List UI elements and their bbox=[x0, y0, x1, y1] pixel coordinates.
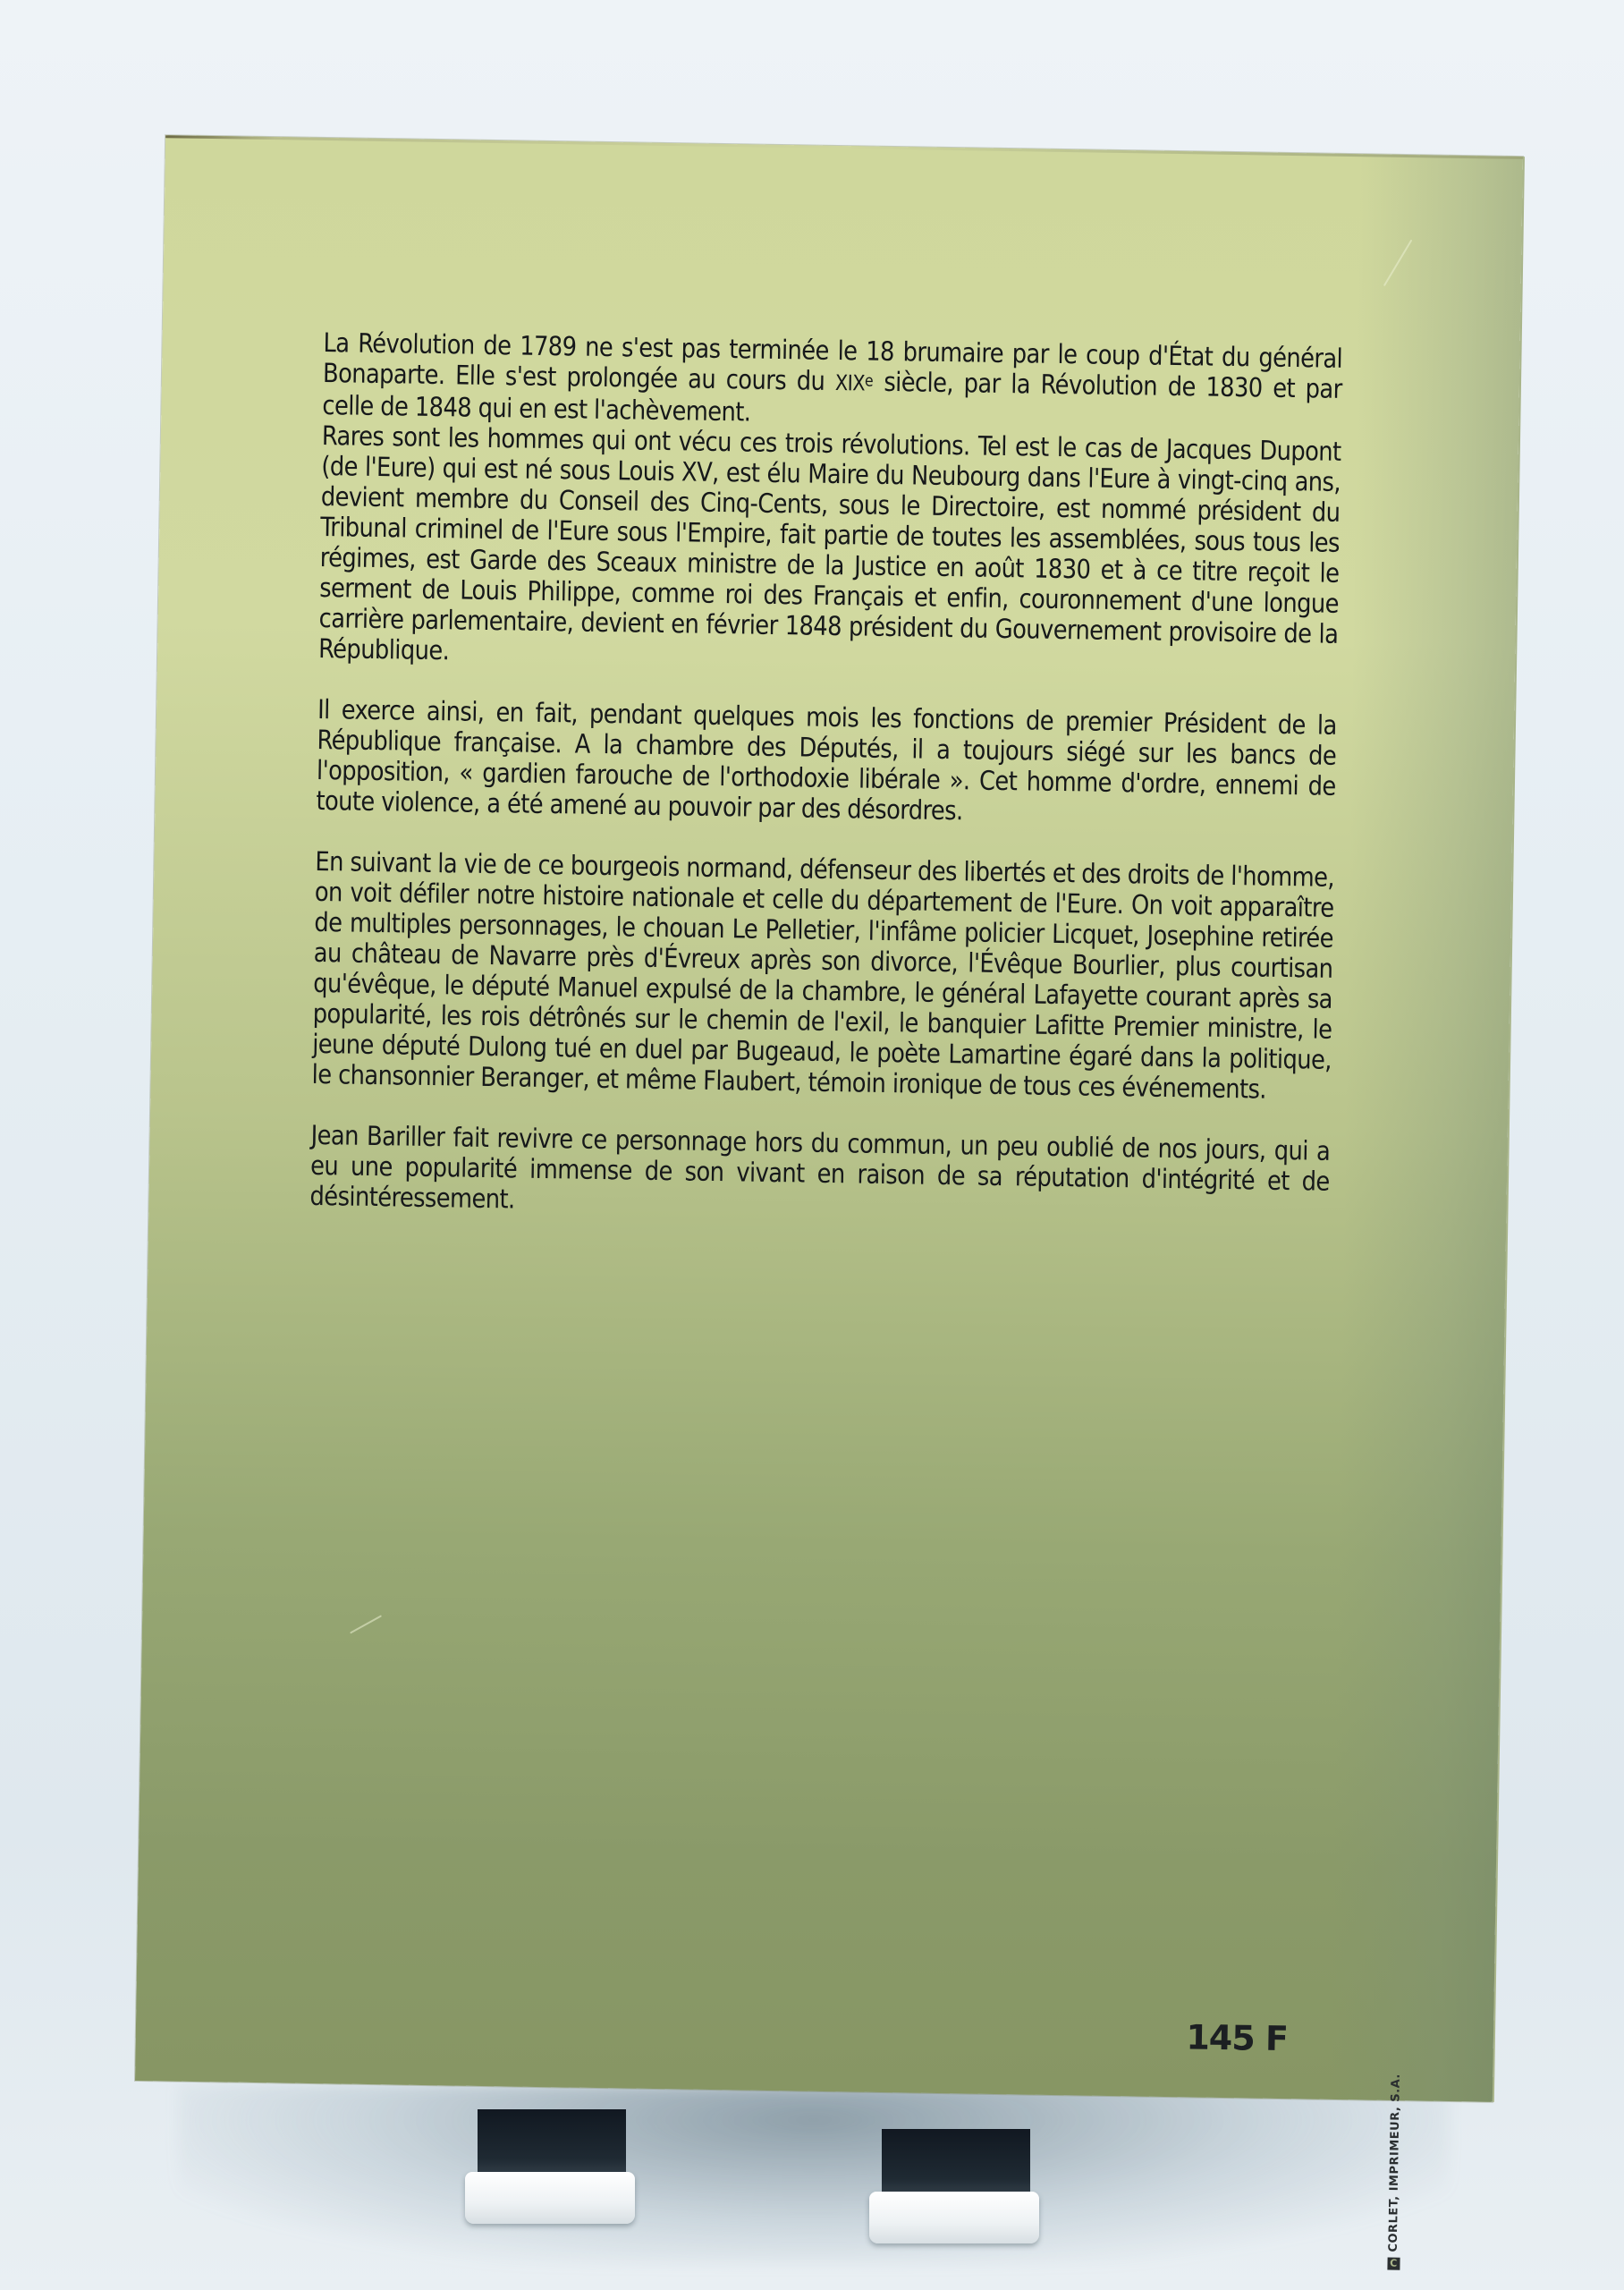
paragraph-3: Il exerce ainsi, en fait, pendant quelqu… bbox=[316, 694, 1337, 832]
paragraph-2: Rares sont les hommes qui ont vécu ces t… bbox=[318, 420, 1341, 680]
superscript: e bbox=[865, 372, 874, 391]
scuff-mark bbox=[1383, 240, 1413, 287]
price-label: 145 F bbox=[1186, 2017, 1288, 2058]
century-numeral: XIX bbox=[835, 370, 866, 396]
book-shadow bbox=[179, 2084, 1449, 2263]
corlet-logo-icon: C bbox=[1387, 2257, 1400, 2269]
stand-leg-dark bbox=[478, 2109, 626, 2181]
stand-foot bbox=[869, 2192, 1039, 2243]
paragraph-1: La Révolution de 1789 ne s'est pas termi… bbox=[322, 327, 1342, 437]
book-stand-leg-right bbox=[869, 2129, 1039, 2250]
stand-leg-dark bbox=[882, 2129, 1030, 2201]
scuff-mark bbox=[350, 1615, 382, 1633]
book-back-cover: La Révolution de 1789 ne s'est pas termi… bbox=[135, 135, 1523, 2102]
stand-foot bbox=[465, 2172, 635, 2224]
paragraph-4: En suivant la vie de ce bourgeois norman… bbox=[311, 846, 1334, 1106]
blurb-text: La Révolution de 1789 ne s'est pas termi… bbox=[309, 327, 1343, 1258]
paragraph-5: Jean Bariller fait revivre ce personnage… bbox=[309, 1120, 1330, 1227]
book-stand-leg-left bbox=[465, 2109, 635, 2230]
